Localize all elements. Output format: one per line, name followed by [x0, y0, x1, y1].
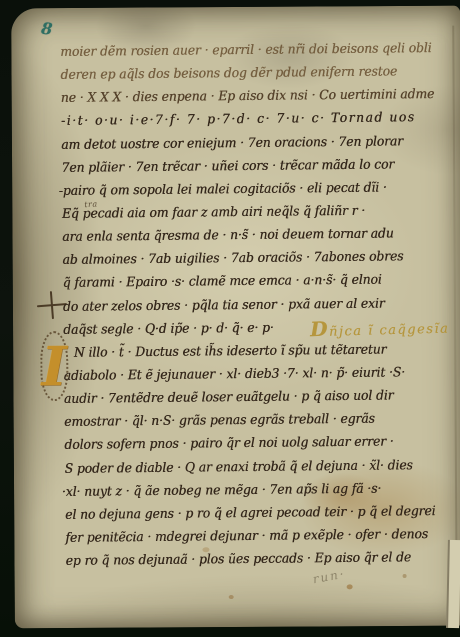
manuscript-line: ep ro q̃ nos dejunaã · plos ũes peccads …: [65, 546, 438, 573]
stain: [229, 595, 234, 599]
stain: [403, 574, 407, 578]
stain: [202, 547, 209, 552]
stain: [347, 584, 353, 589]
manuscript-photo: 8 I tra Dñjca ĩ caq̃gesĩa moier dẽm rosi…: [0, 0, 460, 637]
text-block: moier dẽm rosien auer · eparril · est nr…: [60, 37, 458, 573]
underlying-page-edge: [446, 540, 460, 628]
folio-number: 8: [40, 19, 53, 39]
parchment-page: 8 I tra Dñjca ĩ caq̃gesĩa moier dẽm rosi…: [11, 6, 460, 629]
